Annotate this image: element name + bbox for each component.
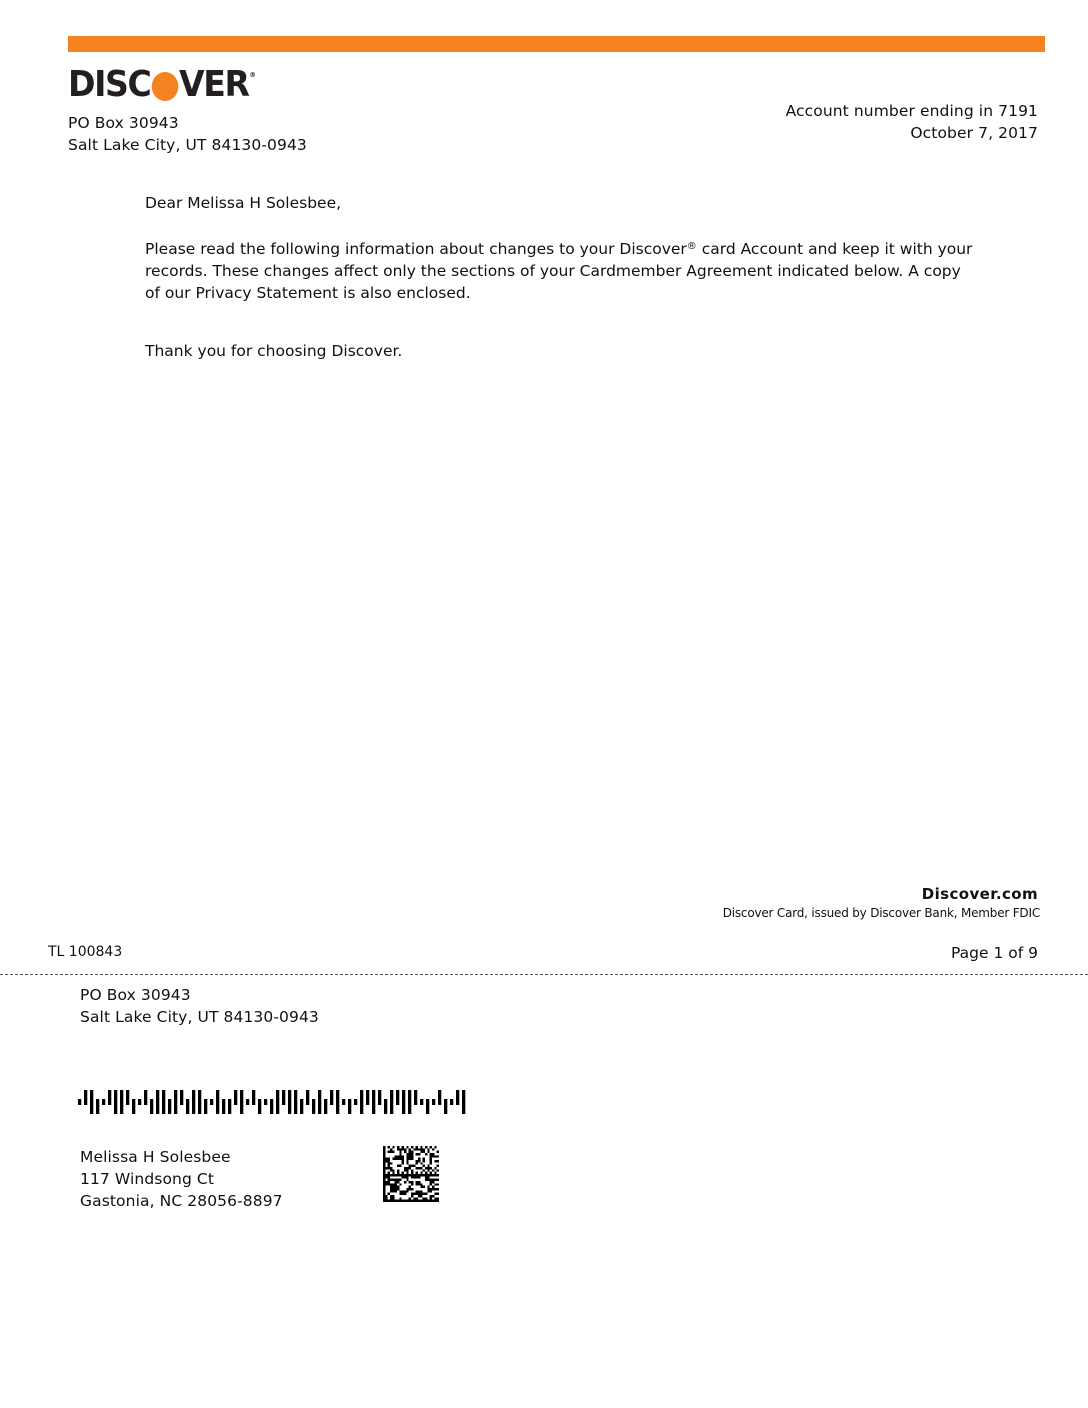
registered-mark: ® xyxy=(687,241,697,252)
logo-text-left: DISC xyxy=(68,67,150,103)
greeting: Dear Melissa H Solesbee, xyxy=(145,192,975,214)
sender-address: PO Box 30943 Salt Lake City, UT 84130-09… xyxy=(68,112,307,156)
discover-logo: DISCVER® xyxy=(68,68,256,102)
account-info: Account number ending in 7191 October 7,… xyxy=(786,100,1038,144)
intro-paragraph-part1: Please read the following information ab… xyxy=(145,240,687,258)
tear-line-divider xyxy=(0,974,1088,975)
letter-body: Dear Melissa H Solesbee, Please read the… xyxy=(145,192,975,362)
page-indicator: Page 1 of 9 xyxy=(951,944,1038,962)
brand-accent-bar xyxy=(68,36,1045,52)
letter-date: October 7, 2017 xyxy=(786,122,1038,144)
logo-registered-mark: ® xyxy=(250,72,256,79)
logo-text-right: VER xyxy=(179,67,249,103)
recipient-street: 117 Windsong Ct xyxy=(80,1168,283,1190)
sender-address-line: Salt Lake City, UT 84130-0943 xyxy=(68,134,307,156)
recipient-name: Melissa H Solesbee xyxy=(80,1146,283,1168)
recipient-city-state-zip: Gastonia, NC 28056-8897 xyxy=(80,1190,283,1212)
logo-orange-circle-icon xyxy=(151,72,178,101)
closing-line: Thank you for choosing Discover. xyxy=(145,340,975,362)
intro-paragraph: Please read the following information ab… xyxy=(145,236,975,304)
recipient-address: Melissa H Solesbee 117 Windsong Ct Gasto… xyxy=(80,1146,283,1212)
form-code: TL 100843 xyxy=(48,944,122,960)
account-number-line: Account number ending in 7191 xyxy=(786,100,1038,122)
postal-barcode xyxy=(78,1090,468,1114)
return-address: PO Box 30943 Salt Lake City, UT 84130-09… xyxy=(80,984,319,1028)
fdic-disclosure: Discover Card, issued by Discover Bank, … xyxy=(723,906,1040,920)
website-link[interactable]: Discover.com xyxy=(922,885,1038,903)
return-address-line: PO Box 30943 xyxy=(80,984,319,1006)
return-address-line: Salt Lake City, UT 84130-0943 xyxy=(80,1006,319,1028)
sender-address-line: PO Box 30943 xyxy=(68,112,307,134)
data-matrix-code xyxy=(383,1146,439,1202)
